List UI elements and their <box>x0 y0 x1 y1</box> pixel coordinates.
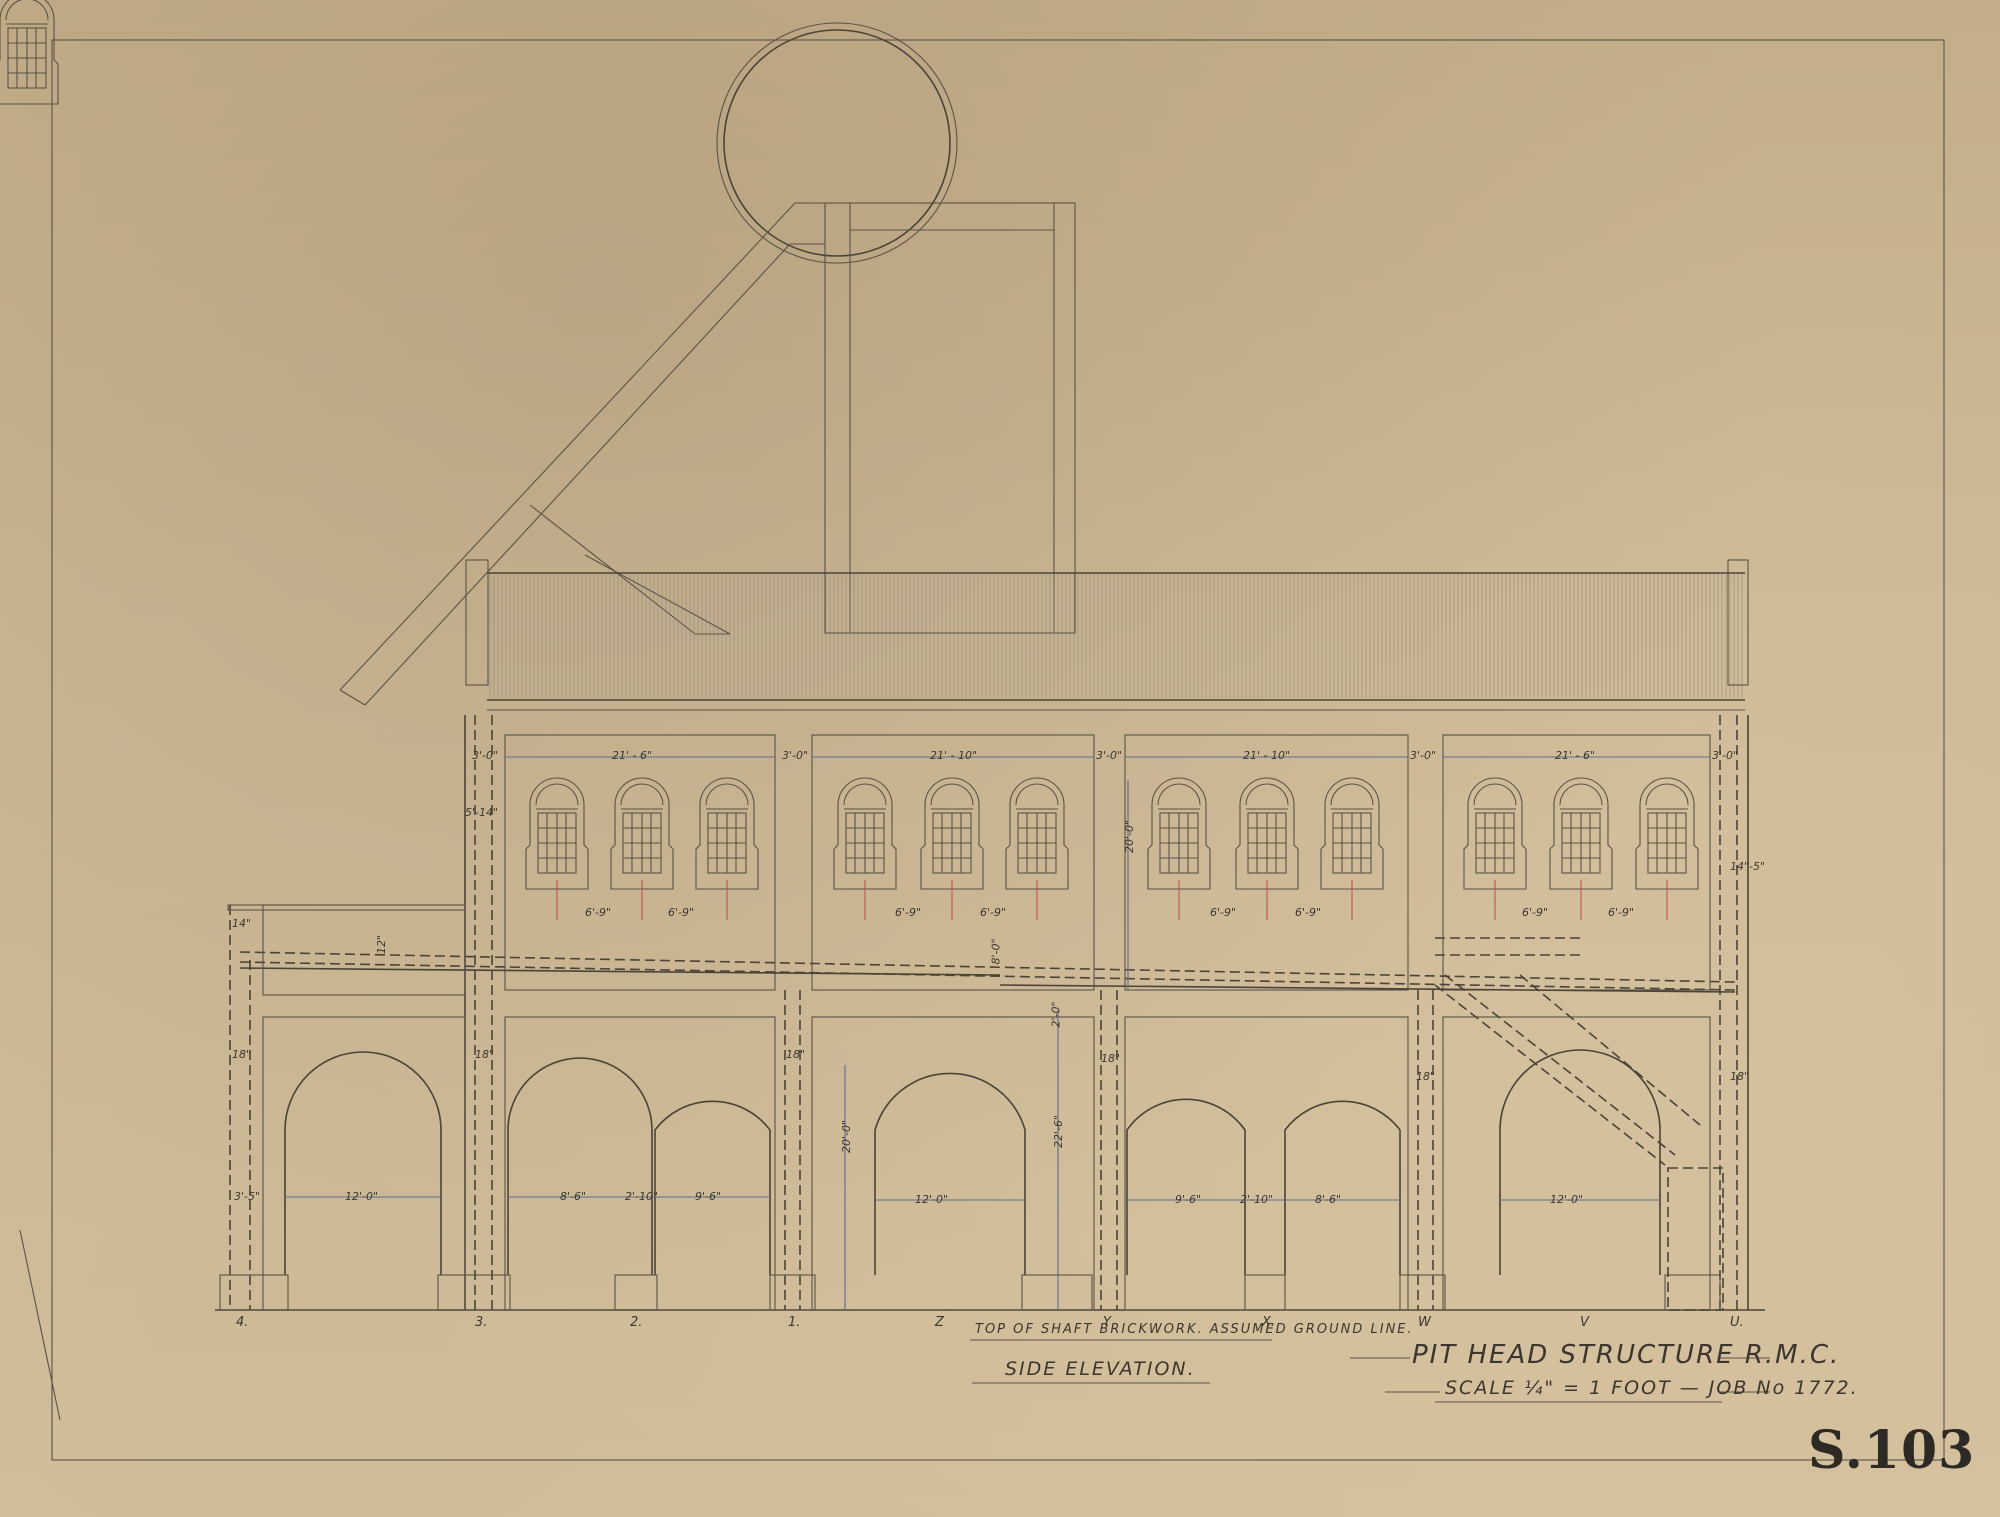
dim-bay-3: 21' - 10" <box>1243 749 1290 762</box>
dim-span-9: 8'-6" <box>1315 1193 1341 1206</box>
elevation-drawing <box>0 0 2000 1517</box>
dim-span-5: 9'-6" <box>695 1190 721 1203</box>
dim-window-3: 6'-9" <box>895 906 921 919</box>
grid-label-v: V <box>1580 1315 1589 1330</box>
dim-total-lower: 22'-6" <box>1052 1115 1065 1148</box>
external-stair <box>1435 938 1723 1310</box>
sheave-wheel-icon <box>717 23 957 263</box>
roof <box>466 560 1748 710</box>
grid-label-u: U. <box>1730 1315 1744 1330</box>
dim-span-7: 9'-6" <box>1175 1193 1201 1206</box>
dim-wall-8: 14"-5" <box>1730 860 1765 873</box>
dim-span-6: 12'-0" <box>915 1193 948 1206</box>
dim-span-8: 2'-10" <box>1240 1193 1273 1206</box>
dim-bay-1: 21' - 6" <box>612 749 652 762</box>
dim-span-3: 8'-6" <box>560 1190 586 1203</box>
headframe-tower <box>825 203 1075 633</box>
grid-label-1: 1. <box>788 1315 800 1330</box>
dim-wall-9: 5'-14" <box>465 806 498 819</box>
drawing-title: PIT HEAD STRUCTURE R.M.C. <box>1412 1340 1840 1370</box>
dim-pier-5: 3'-0" <box>1712 749 1738 762</box>
dim-bay-4: 21' - 6" <box>1555 749 1595 762</box>
dim-upper-wall: 20'-0" <box>1123 820 1136 853</box>
view-title: SIDE ELEVATION. <box>1005 1358 1196 1380</box>
dim-span-4: 2'-10" <box>625 1190 658 1203</box>
dim-window-4: 6'-9" <box>980 906 1006 919</box>
dim-wall-5: 18" <box>1101 1052 1120 1065</box>
dim-floor-offset: 8'-0" <box>990 938 1003 964</box>
dim-window-1: 6'-9" <box>585 906 611 919</box>
dim-pier-4: 3'-0" <box>1410 749 1436 762</box>
dim-arch-height: 20'-0" <box>840 1120 853 1153</box>
dim-wall-7: 18" <box>1730 1070 1749 1083</box>
dim-pier-2: 3'-0" <box>782 749 808 762</box>
dim-wall-1: 14" <box>232 917 251 930</box>
dim-wall-4: 18" <box>786 1048 805 1061</box>
dim-window-6: 6'-9" <box>1295 906 1321 919</box>
dim-sill: 2'-0" <box>1050 1001 1063 1027</box>
dim-wall-6: 18" <box>1416 1070 1435 1083</box>
dim-window-8: 6'-9" <box>1608 906 1634 919</box>
ground-line-note: TOP OF SHAFT BRICKWORK. ASSUMED GROUND L… <box>975 1322 1414 1337</box>
dim-span-2: 12'-0" <box>345 1190 378 1203</box>
grid-label-2: 2. <box>630 1315 642 1330</box>
scale-job-line: SCALE ¼" = 1 FOOT — JOB No 1772. <box>1445 1377 1859 1399</box>
grid-label-3: 3. <box>475 1315 487 1330</box>
dim-pier-1: 3'-0" <box>472 749 498 762</box>
grid-label-4: 4. <box>236 1315 248 1330</box>
dim-wall-3: 18" <box>475 1048 494 1061</box>
dim-window-5: 6'-9" <box>1210 906 1236 919</box>
dim-wall-2: 18" <box>232 1048 251 1061</box>
dim-bay-2: 21' - 10" <box>930 749 977 762</box>
dim-window-2: 6'-9" <box>668 906 694 919</box>
sheet-number-stamp: S.103 <box>1808 1420 1975 1481</box>
dim-span-1: 3'-5" <box>234 1190 260 1203</box>
dim-pier-3: 3'-0" <box>1096 749 1122 762</box>
dim-window-7: 6'-9" <box>1522 906 1548 919</box>
dim-span-10: 12'-0" <box>1550 1193 1583 1206</box>
dim-platform: 12" <box>375 935 388 954</box>
grid-label-w: W <box>1418 1315 1431 1330</box>
grid-label-z: Z <box>935 1315 944 1330</box>
